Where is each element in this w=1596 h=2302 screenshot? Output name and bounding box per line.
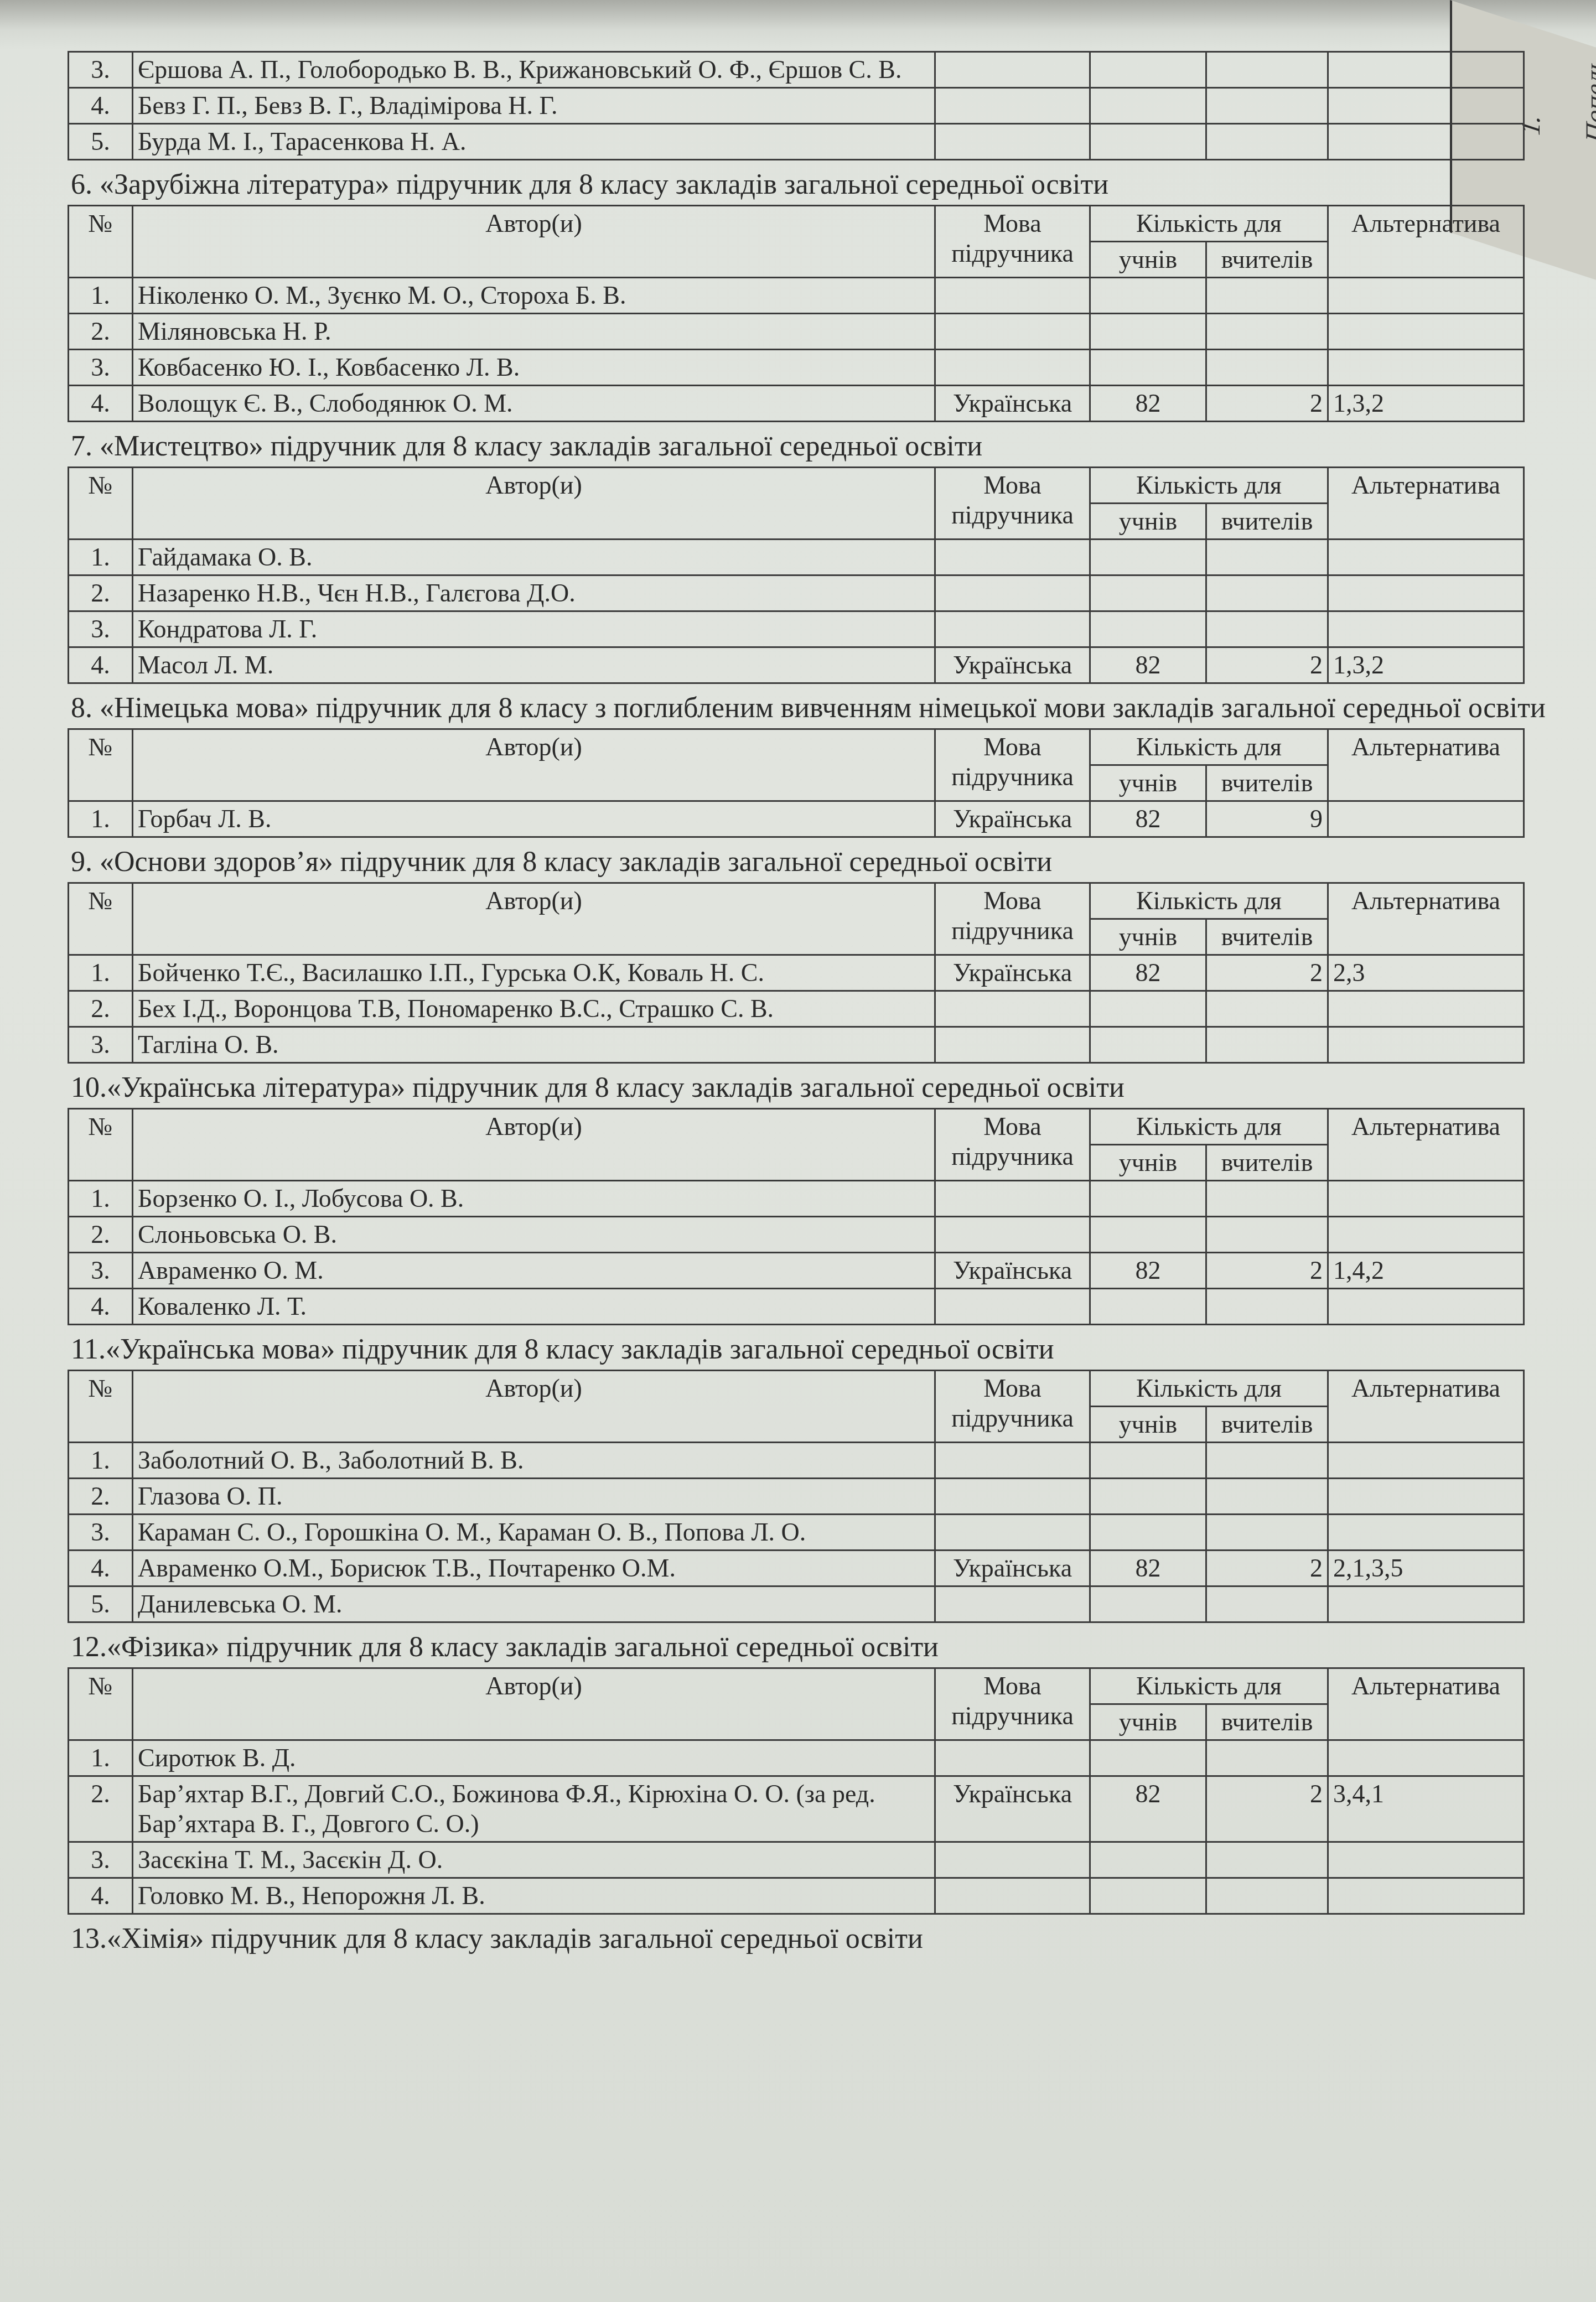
- header-students: учнів: [1090, 919, 1206, 955]
- row-students-count: [1090, 278, 1206, 314]
- row-alternative: [1328, 540, 1524, 575]
- textbook-table: № Автор(и) Мова підручника Кількість для…: [68, 1108, 1525, 1325]
- row-language: [935, 540, 1090, 575]
- row-language: [935, 1289, 1090, 1325]
- header-language: Мова підручника: [935, 1109, 1090, 1181]
- section-title-chemistry: 13.«Хімія» підручник для 8 класу закладі…: [68, 1922, 1528, 1956]
- header-num: №: [69, 206, 133, 278]
- row-number: 2.: [69, 1479, 133, 1515]
- row-students-count: [1090, 991, 1206, 1027]
- row-authors: Борзенко О. І., Лобусова О. В.: [133, 1181, 935, 1217]
- row-alternative: [1328, 1479, 1524, 1515]
- row-students-count: 82: [1090, 1551, 1206, 1586]
- row-students-count: [1090, 1289, 1206, 1325]
- table-row: 3.Тагліна О. В.: [69, 1027, 1524, 1063]
- textbook-section: 12.«Фізика» підручник для 8 класу заклад…: [68, 1631, 1528, 1915]
- row-authors: Бурда М. І., Тарасенкова Н. А.: [133, 124, 935, 160]
- row-number: 2.: [69, 575, 133, 611]
- textbook-table: № Автор(и) Мова підручника Кількість для…: [68, 1370, 1525, 1623]
- textbook-table: № Автор(и) Мова підручника Кількість для…: [68, 728, 1525, 838]
- row-authors: Слоньовська О. В.: [133, 1217, 935, 1253]
- header-language: Мова підручника: [935, 468, 1090, 540]
- row-students-count: 82: [1090, 647, 1206, 683]
- row-alternative: 1,4,2: [1328, 1253, 1524, 1289]
- header-quantity-for: Кількість для: [1090, 1668, 1328, 1704]
- row-alternative: [1328, 1443, 1524, 1479]
- row-alternative: 2,3: [1328, 955, 1524, 991]
- header-teachers: вчителів: [1206, 919, 1328, 955]
- row-number: 1.: [69, 801, 133, 837]
- row-language: Українська: [935, 801, 1090, 837]
- header-students: учнів: [1090, 1407, 1206, 1443]
- row-teachers-count: [1206, 540, 1328, 575]
- row-language: [935, 124, 1090, 160]
- row-alternative: [1328, 1181, 1524, 1217]
- row-teachers-count: [1206, 88, 1328, 124]
- row-authors: Бех І.Д., Воронцова Т.В, Пономаренко В.С…: [133, 991, 935, 1027]
- row-students-count: [1090, 350, 1206, 386]
- row-teachers-count: [1206, 1586, 1328, 1622]
- row-teachers-count: [1206, 611, 1328, 647]
- row-language: [935, 314, 1090, 350]
- row-language: [935, 1842, 1090, 1878]
- row-teachers-count: 2: [1206, 1551, 1328, 1586]
- header-authors: Автор(и): [133, 729, 935, 801]
- row-students-count: [1090, 52, 1206, 88]
- row-authors: Ковбасенко Ю. І., Ковбасенко Л. В.: [133, 350, 935, 386]
- row-number: 1.: [69, 1740, 133, 1776]
- row-teachers-count: [1206, 124, 1328, 160]
- row-authors: Бойченко Т.Є., Василашко І.П., Гурська О…: [133, 955, 935, 991]
- header-teachers: вчителів: [1206, 242, 1328, 278]
- header-authors: Автор(и): [133, 1371, 935, 1443]
- header-alternative: Альтернатива: [1328, 883, 1524, 955]
- table-row: 3.Караман С. О., Горошкіна О. М., Карама…: [69, 1515, 1524, 1551]
- textbook-table: № Автор(и) Мова підручника Кількість для…: [68, 205, 1525, 422]
- table-row: 2.Бар’яхтар В.Г., Довгий С.О., Божинова …: [69, 1776, 1524, 1842]
- row-authors: Глазова О. П.: [133, 1479, 935, 1515]
- table-row: 4.Головко М. В., Непорожня Л. В.: [69, 1878, 1524, 1914]
- row-alternative: [1328, 52, 1524, 88]
- row-number: 4.: [69, 647, 133, 683]
- row-language: [935, 1586, 1090, 1622]
- row-students-count: [1090, 1443, 1206, 1479]
- row-students-count: 82: [1090, 955, 1206, 991]
- row-language: [935, 88, 1090, 124]
- row-number: 4.: [69, 1551, 133, 1586]
- row-alternative: [1328, 314, 1524, 350]
- row-language: [935, 1515, 1090, 1551]
- row-teachers-count: [1206, 1181, 1328, 1217]
- row-number: 3.: [69, 1027, 133, 1063]
- table-row: 1.Ніколенко О. М., Зуєнко М. О., Стороха…: [69, 278, 1524, 314]
- header-authors: Автор(и): [133, 1668, 935, 1740]
- document-page: Попель 1. 3.Єршова А. П., Голобородько В…: [0, 0, 1596, 2302]
- row-number: 2.: [69, 1776, 133, 1842]
- row-teachers-count: [1206, 314, 1328, 350]
- table-row: 5.Данилевська О. М.: [69, 1586, 1524, 1622]
- row-authors: Тагліна О. В.: [133, 1027, 935, 1063]
- row-students-count: [1090, 1181, 1206, 1217]
- row-alternative: [1328, 1217, 1524, 1253]
- row-alternative: [1328, 1289, 1524, 1325]
- row-alternative: [1328, 1842, 1524, 1878]
- row-language: Українська: [935, 1253, 1090, 1289]
- row-language: [935, 1443, 1090, 1479]
- row-authors: Караман С. О., Горошкіна О. М., Караман …: [133, 1515, 935, 1551]
- header-authors: Автор(и): [133, 1109, 935, 1181]
- row-alternative: [1328, 1740, 1524, 1776]
- row-students-count: 82: [1090, 1253, 1206, 1289]
- header-quantity-for: Кількість для: [1090, 1109, 1328, 1145]
- row-number: 4.: [69, 386, 133, 422]
- textbook-table: № Автор(и) Мова підручника Кількість для…: [68, 1667, 1525, 1915]
- row-authors: Масол Л. М.: [133, 647, 935, 683]
- row-students-count: [1090, 124, 1206, 160]
- header-authors: Автор(и): [133, 206, 935, 278]
- row-teachers-count: [1206, 1027, 1328, 1063]
- header-language: Мова підручника: [935, 883, 1090, 955]
- row-students-count: [1090, 1842, 1206, 1878]
- row-teachers-count: [1206, 1443, 1328, 1479]
- row-authors: Горбач Л. В.: [133, 801, 935, 837]
- row-language: [935, 1479, 1090, 1515]
- row-teachers-count: 2: [1206, 647, 1328, 683]
- header-quantity-for: Кількість для: [1090, 468, 1328, 504]
- row-students-count: [1090, 1740, 1206, 1776]
- row-language: [935, 1740, 1090, 1776]
- row-teachers-count: [1206, 350, 1328, 386]
- header-authors: Автор(и): [133, 468, 935, 540]
- row-students-count: [1090, 1878, 1206, 1914]
- header-num: №: [69, 1371, 133, 1443]
- row-number: 4.: [69, 1289, 133, 1325]
- row-students-count: [1090, 1217, 1206, 1253]
- row-language: [935, 52, 1090, 88]
- row-language: [935, 278, 1090, 314]
- row-number: 5.: [69, 1586, 133, 1622]
- row-alternative: 3,4,1: [1328, 1776, 1524, 1842]
- row-students-count: 82: [1090, 1776, 1206, 1842]
- row-number: 4.: [69, 88, 133, 124]
- row-students-count: [1090, 88, 1206, 124]
- textbook-sections: 6. «Зарубіжна література» підручник для …: [68, 168, 1528, 1915]
- row-teachers-count: 2: [1206, 955, 1328, 991]
- row-alternative: 2,1,3,5: [1328, 1551, 1524, 1586]
- table-row: 3.Єршова А. П., Голобородько В. В., Криж…: [69, 52, 1524, 88]
- underlying-page-text: Попель: [1579, 53, 1596, 147]
- row-teachers-count: 2: [1206, 1776, 1328, 1842]
- row-teachers-count: 9: [1206, 801, 1328, 837]
- row-students-count: [1090, 1479, 1206, 1515]
- header-language: Мова підручника: [935, 1371, 1090, 1443]
- row-authors: Бар’яхтар В.Г., Довгий С.О., Божинова Ф.…: [133, 1776, 935, 1842]
- row-teachers-count: [1206, 1878, 1328, 1914]
- row-alternative: [1328, 1515, 1524, 1551]
- header-students: учнів: [1090, 1145, 1206, 1181]
- header-language: Мова підручника: [935, 1668, 1090, 1740]
- header-alternative: Альтернатива: [1328, 206, 1524, 278]
- row-teachers-count: [1206, 1842, 1328, 1878]
- scan-shadow: [0, 0, 1596, 50]
- row-number: 1.: [69, 1443, 133, 1479]
- row-number: 5.: [69, 124, 133, 160]
- header-students: учнів: [1090, 1704, 1206, 1740]
- row-language: Українська: [935, 1551, 1090, 1586]
- table-row: 4.Масол Л. М.Українська8221,3,2: [69, 647, 1524, 683]
- row-authors: Коваленко Л. Т.: [133, 1289, 935, 1325]
- table-row: 2.Глазова О. П.: [69, 1479, 1524, 1515]
- row-number: 1.: [69, 955, 133, 991]
- table-row: 2.Бех І.Д., Воронцова Т.В, Пономаренко В…: [69, 991, 1524, 1027]
- row-students-count: 82: [1090, 386, 1206, 422]
- table-row: 2.Міляновська Н. Р.: [69, 314, 1524, 350]
- header-alternative: Альтернатива: [1328, 1668, 1524, 1740]
- textbook-section: 6. «Зарубіжна література» підручник для …: [68, 168, 1528, 422]
- row-students-count: [1090, 314, 1206, 350]
- row-language: [935, 991, 1090, 1027]
- row-authors: Сиротюк В. Д.: [133, 1740, 935, 1776]
- section-title: 6. «Зарубіжна література» підручник для …: [68, 168, 1528, 201]
- row-teachers-count: [1206, 575, 1328, 611]
- row-authors: Бевз Г. П., Бевз В. Г., Владімірова Н. Г…: [133, 88, 935, 124]
- row-students-count: 82: [1090, 801, 1206, 837]
- section-title: 7. «Мистецтво» підручник для 8 класу зак…: [68, 430, 1528, 463]
- row-number: 3.: [69, 350, 133, 386]
- row-authors: Данилевська О. М.: [133, 1586, 935, 1622]
- row-language: [935, 1181, 1090, 1217]
- table-row: 1.Сиротюк В. Д.: [69, 1740, 1524, 1776]
- header-quantity-for: Кількість для: [1090, 883, 1328, 919]
- header-teachers: вчителів: [1206, 1704, 1328, 1740]
- header-teachers: вчителів: [1206, 765, 1328, 801]
- table-row: 1.Борзенко О. І., Лобусова О. В.: [69, 1181, 1524, 1217]
- textbook-section: 10.«Українська література» підручник для…: [68, 1071, 1528, 1325]
- row-alternative: [1328, 1878, 1524, 1914]
- table-row: 1.Гайдамака О. В.: [69, 540, 1524, 575]
- row-teachers-count: [1206, 1515, 1328, 1551]
- textbook-table: № Автор(и) Мова підручника Кількість для…: [68, 466, 1525, 684]
- row-language: Українська: [935, 647, 1090, 683]
- row-teachers-count: 2: [1206, 1253, 1328, 1289]
- header-quantity-for: Кількість для: [1090, 729, 1328, 765]
- row-students-count: [1090, 1027, 1206, 1063]
- document-content: 3.Єршова А. П., Голобородько В. В., Криж…: [68, 51, 1528, 2103]
- header-language: Мова підручника: [935, 206, 1090, 278]
- header-language: Мова підручника: [935, 729, 1090, 801]
- table-row: 4.Волощук Є. В., Слободянюк О. М.Українс…: [69, 386, 1524, 422]
- continued-table: 3.Єршова А. П., Голобородько В. В., Криж…: [68, 51, 1525, 160]
- row-alternative: 1,3,2: [1328, 647, 1524, 683]
- row-authors: Авраменко О.М., Борисюк Т.В., Почтаренко…: [133, 1551, 935, 1586]
- row-authors: Волощук Є. В., Слободянюк О. М.: [133, 386, 935, 422]
- row-number: 2.: [69, 314, 133, 350]
- row-teachers-count: [1206, 991, 1328, 1027]
- row-alternative: [1328, 1586, 1524, 1622]
- row-authors: Кондратова Л. Г.: [133, 611, 935, 647]
- row-students-count: [1090, 611, 1206, 647]
- row-teachers-count: 2: [1206, 386, 1328, 422]
- row-language: [935, 1217, 1090, 1253]
- row-teachers-count: [1206, 1740, 1328, 1776]
- textbook-table: № Автор(и) Мова підручника Кількість для…: [68, 882, 1525, 1064]
- row-students-count: [1090, 575, 1206, 611]
- row-number: 3.: [69, 1515, 133, 1551]
- textbook-section: 7. «Мистецтво» підручник для 8 класу зак…: [68, 430, 1528, 684]
- row-teachers-count: [1206, 1217, 1328, 1253]
- row-students-count: [1090, 1586, 1206, 1622]
- header-num: №: [69, 1668, 133, 1740]
- row-students-count: [1090, 540, 1206, 575]
- row-alternative: [1328, 611, 1524, 647]
- row-authors: Ніколенко О. М., Зуєнко М. О., Стороха Б…: [133, 278, 935, 314]
- table-row: 2.Слоньовська О. В.: [69, 1217, 1524, 1253]
- header-teachers: вчителів: [1206, 1407, 1328, 1443]
- row-alternative: [1328, 1027, 1524, 1063]
- table-row: 2.Назаренко Н.В., Чєн Н.В., Галєгова Д.О…: [69, 575, 1524, 611]
- row-alternative: [1328, 801, 1524, 837]
- blank-area: [68, 1959, 1528, 2103]
- row-teachers-count: [1206, 278, 1328, 314]
- row-number: 4.: [69, 1878, 133, 1914]
- row-number: 1.: [69, 278, 133, 314]
- header-students: учнів: [1090, 504, 1206, 540]
- section-title: 9. «Основи здоров’я» підручник для 8 кла…: [68, 846, 1528, 879]
- section-title: 8. «Німецька мова» підручник для 8 класу…: [68, 692, 1596, 725]
- row-number: 3.: [69, 1253, 133, 1289]
- row-language: Українська: [935, 955, 1090, 991]
- row-language: [935, 1878, 1090, 1914]
- section-title: 10.«Українська література» підручник для…: [68, 1071, 1528, 1105]
- row-number: 2.: [69, 1217, 133, 1253]
- table-row: 1.Горбач Л. В.Українська829: [69, 801, 1524, 837]
- table-row: 3.Засєкіна Т. М., Засєкін Д. О.: [69, 1842, 1524, 1878]
- row-number: 3.: [69, 52, 133, 88]
- header-alternative: Альтернатива: [1328, 468, 1524, 540]
- table-row: 1.Заболотний О. В., Заболотний В. В.: [69, 1443, 1524, 1479]
- row-language: [935, 350, 1090, 386]
- row-authors: Засєкіна Т. М., Засєкін Д. О.: [133, 1842, 935, 1878]
- row-authors: Назаренко Н.В., Чєн Н.В., Галєгова Д.О.: [133, 575, 935, 611]
- row-students-count: [1090, 1515, 1206, 1551]
- row-alternative: [1328, 278, 1524, 314]
- row-alternative: [1328, 991, 1524, 1027]
- row-authors: Міляновська Н. Р.: [133, 314, 935, 350]
- table-row: 4.Бевз Г. П., Бевз В. Г., Владімірова Н.…: [69, 88, 1524, 124]
- row-alternative: [1328, 350, 1524, 386]
- row-authors: Заболотний О. В., Заболотний В. В.: [133, 1443, 935, 1479]
- row-number: 3.: [69, 1842, 133, 1878]
- header-alternative: Альтернатива: [1328, 1109, 1524, 1181]
- textbook-section: 11.«Українська мова» підручник для 8 кла…: [68, 1333, 1528, 1623]
- header-num: №: [69, 883, 133, 955]
- header-students: учнів: [1090, 765, 1206, 801]
- row-number: 3.: [69, 611, 133, 647]
- table-row: 5.Бурда М. І., Тарасенкова Н. А.: [69, 124, 1524, 160]
- row-language: Українська: [935, 1776, 1090, 1842]
- header-num: №: [69, 468, 133, 540]
- row-authors: Єршова А. П., Голобородько В. В., Крижан…: [133, 52, 935, 88]
- header-students: учнів: [1090, 242, 1206, 278]
- row-authors: Гайдамака О. В.: [133, 540, 935, 575]
- row-teachers-count: [1206, 52, 1328, 88]
- table-row: 3.Авраменко О. М.Українська8221,4,2: [69, 1253, 1524, 1289]
- row-number: 1.: [69, 1181, 133, 1217]
- header-authors: Автор(и): [133, 883, 935, 955]
- row-alternative: [1328, 124, 1524, 160]
- table-row: 1.Бойченко Т.Є., Василашко І.П., Гурська…: [69, 955, 1524, 991]
- row-alternative: [1328, 88, 1524, 124]
- header-num: №: [69, 729, 133, 801]
- row-language: [935, 575, 1090, 611]
- row-authors: Авраменко О. М.: [133, 1253, 935, 1289]
- table-row: 3.Кондратова Л. Г.: [69, 611, 1524, 647]
- header-alternative: Альтернатива: [1328, 1371, 1524, 1443]
- row-alternative: [1328, 575, 1524, 611]
- header-teachers: вчителів: [1206, 504, 1328, 540]
- textbook-section: 8. «Німецька мова» підручник для 8 класу…: [68, 692, 1528, 838]
- header-num: №: [69, 1109, 133, 1181]
- header-alternative: Альтернатива: [1328, 729, 1524, 801]
- table-row: 4.Коваленко Л. Т.: [69, 1289, 1524, 1325]
- row-number: 1.: [69, 540, 133, 575]
- section-title: 12.«Фізика» підручник для 8 класу заклад…: [68, 1631, 1528, 1664]
- header-quantity-for: Кількість для: [1090, 1371, 1328, 1407]
- row-teachers-count: [1206, 1479, 1328, 1515]
- textbook-section: 9. «Основи здоров’я» підручник для 8 кла…: [68, 846, 1528, 1064]
- header-teachers: вчителів: [1206, 1145, 1328, 1181]
- row-teachers-count: [1206, 1289, 1328, 1325]
- row-language: [935, 611, 1090, 647]
- row-language: Українська: [935, 386, 1090, 422]
- table-row: 4.Авраменко О.М., Борисюк Т.В., Почтарен…: [69, 1551, 1524, 1586]
- row-alternative: 1,3,2: [1328, 386, 1524, 422]
- row-number: 2.: [69, 991, 133, 1027]
- section-title: 11.«Українська мова» підручник для 8 кла…: [68, 1333, 1528, 1366]
- table-row: 3.Ковбасенко Ю. І., Ковбасенко Л. В.: [69, 350, 1524, 386]
- row-language: [935, 1027, 1090, 1063]
- row-authors: Головко М. В., Непорожня Л. В.: [133, 1878, 935, 1914]
- header-quantity-for: Кількість для: [1090, 206, 1328, 242]
